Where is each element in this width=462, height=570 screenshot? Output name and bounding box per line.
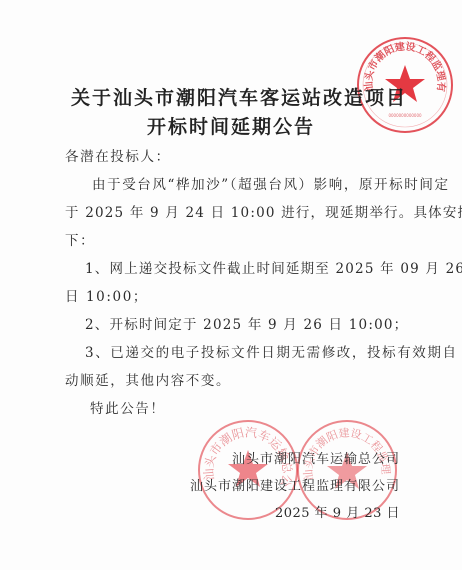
paragraph-1-line-3: 下： <box>65 234 95 248</box>
list-item-1-line-1: 1、网上递交投标文件截止时间延期至 2025 年 09 月 26 <box>85 262 462 276</box>
list-item-1-line-2: 日 10:00； <box>65 290 148 304</box>
list-item-3-line-1: 3、已递交的电子投标文件日期无需修改，投标有效期自 <box>85 346 458 360</box>
page-title-line2: 开标时间延期公告 <box>0 112 462 139</box>
paragraph-1-line-1: 由于受台风“桦加沙”（超强台风）影响，原开标时间定 <box>92 178 450 192</box>
salutation: 各潜在投标人： <box>65 150 171 164</box>
list-item-2: 2、开标时间定于 2025 年 9 月 26 日 10:00； <box>85 318 408 332</box>
signatory-transport-company: 汕头市潮阳汽车运输总公司 <box>232 448 400 467</box>
paragraph-1-line-2: 于 2025 年 9 月 24 日 10:00 进行，现延期举行。具体安排如 <box>65 206 462 220</box>
signature-date: 2025 年 9 月 23 日 <box>275 502 400 521</box>
document-page: 汕头市潮阳建设工程监理有限公司 0000000000000 关于汕头市潮阳汽车客… <box>0 0 462 570</box>
page-title-line1: 关于汕头市潮阳汽车客运站改造项目 <box>8 83 462 110</box>
list-item-3-line-2: 动顺延，其他内容不变。 <box>65 374 231 388</box>
closing-remark: 特此公告！ <box>90 402 166 416</box>
signatory-supervision-company: 汕头市潮阳建设工程监理有限公司 <box>190 475 400 494</box>
